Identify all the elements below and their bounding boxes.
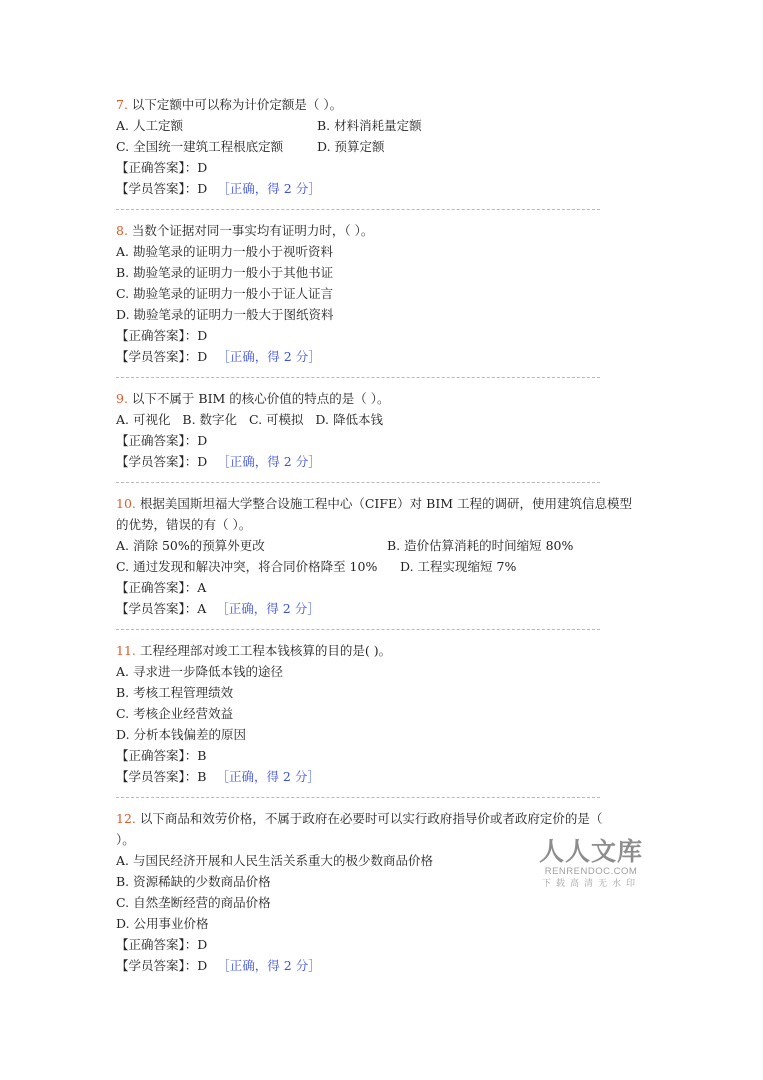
student-answer-row: 【学员答案】：D［正确，得 2 分］ — [116, 346, 656, 367]
correct-answer-value: D — [197, 433, 207, 448]
question-text: 以下不属于 BIM 的核心价值的特点的是（ ）。 — [128, 391, 390, 406]
correct-answer-row: 【正确答案】：A — [116, 577, 656, 598]
student-answer-label: 【学员答案】： — [116, 181, 197, 196]
question-stem: 7. 以下定额中可以称为计价定额是（ ）。 — [116, 94, 656, 115]
options-inline: A. 可视化 B. 数字化 C. 可模拟 D. 降低本钱 — [116, 409, 656, 430]
question-number: 12. — [116, 811, 136, 826]
student-answer-row: 【学员答案】：D［正确，得 2 分］ — [116, 955, 656, 976]
dashed-divider — [116, 787, 656, 808]
student-answer-label: 【学员答案】： — [116, 349, 197, 364]
dashed-divider — [116, 472, 656, 493]
result-badge: ［正确，得 2 分］ — [217, 454, 320, 469]
options-row: C. 全国统一建筑工程根底定额 D. 预算定额 — [116, 136, 656, 157]
question-8: 8. 当数个证据对同一事实均有证明力时，（ ）。 A. 勘验笔录的证明力一般小于… — [116, 220, 656, 388]
question-text: 工程经理部对竣工工程本钱核算的目的是( )。 — [136, 643, 391, 658]
question-stem-continued: 的优势，错误的有（ ）。 — [116, 514, 656, 535]
correct-answer-label: 【正确答案】： — [116, 580, 197, 595]
correct-answer-value: B — [197, 748, 206, 763]
result-badge: ［正确，得 2 分］ — [216, 769, 319, 784]
student-answer-value: D — [197, 349, 207, 364]
result-badge: ［正确，得 2 分］ — [217, 349, 320, 364]
correct-answer-row: 【正确答案】：D — [116, 430, 656, 451]
dashed-divider — [116, 619, 656, 640]
correct-answer-value: D — [197, 937, 207, 952]
dashed-divider — [116, 199, 656, 220]
student-answer-value: D — [197, 958, 207, 973]
options-row: A. 消除 50%的预算外更改 B. 造价估算消耗的时间缩短 80% — [116, 535, 656, 556]
student-answer-label: 【学员答案】： — [116, 601, 197, 616]
watermark-url: RENRENDOC.COM — [536, 866, 646, 878]
student-answer-value: D — [197, 454, 207, 469]
correct-answer-label: 【正确答案】： — [116, 160, 197, 175]
correct-answer-value: D — [197, 160, 207, 175]
options-row: C. 通过发现和解决冲突，将合同价格降至 10% D. 工程实现缩短 7% — [116, 556, 656, 577]
question-7: 7. 以下定额中可以称为计价定额是（ ）。 A. 人工定额 B. 材料消耗量定额… — [116, 94, 656, 220]
student-answer-label: 【学员答案】： — [116, 769, 197, 784]
question-stem: 8. 当数个证据对同一事实均有证明力时，（ ）。 — [116, 220, 656, 241]
correct-answer-row: 【正确答案】：D — [116, 157, 656, 178]
question-stem: 10. 根据美国斯坦福大学整合设施工程中心（CIFE）对 BIM 工程的调研，使… — [116, 493, 656, 514]
question-10: 10. 根据美国斯坦福大学整合设施工程中心（CIFE）对 BIM 工程的调研，使… — [116, 493, 656, 640]
student-answer-value: A — [197, 601, 206, 616]
option-b: B. 造价估算消耗的时间缩短 80% — [387, 535, 573, 556]
student-answer-row: 【学员答案】：D［正确，得 2 分］ — [116, 178, 656, 199]
question-stem: 12. 以下商品和效劳价格，不属于政府在必要时可以实行政府指导价或者政府定价的是… — [116, 808, 656, 829]
question-number: 11. — [116, 643, 136, 658]
student-answer-row: 【学员答案】：A［正确，得 2 分］ — [116, 598, 656, 619]
watermark: 人人文库 RENRENDOC.COM 下载高清无水印 — [536, 838, 646, 891]
question-9: 9. 以下不属于 BIM 的核心价值的特点的是（ ）。 A. 可视化 B. 数字… — [116, 388, 656, 493]
student-answer-label: 【学员答案】： — [116, 454, 197, 469]
watermark-logo: 人人文库 — [536, 838, 646, 866]
student-answer-value: B — [197, 769, 206, 784]
option-c: C. 考核企业经营效益 — [116, 703, 656, 724]
question-number: 10. — [116, 496, 136, 511]
question-text: 根据美国斯坦福大学整合设施工程中心（CIFE）对 BIM 工程的调研，使用建筑信… — [136, 496, 632, 511]
option-c: C. 自然垄断经营的商品价格 — [116, 892, 656, 913]
question-stem: 11. 工程经理部对竣工工程本钱核算的目的是( )。 — [116, 640, 656, 661]
option-c: C. 勘验笔录的证明力一般小于证人证言 — [116, 283, 656, 304]
student-answer-row: 【学员答案】：D［正确，得 2 分］ — [116, 451, 656, 472]
question-number: 7. — [116, 97, 128, 112]
watermark-subtitle: 下载高清无水印 — [536, 878, 646, 891]
question-number: 9. — [116, 391, 128, 406]
correct-answer-label: 【正确答案】： — [116, 328, 197, 343]
correct-answer-value: A — [197, 580, 206, 595]
result-badge: ［正确，得 2 分］ — [217, 958, 320, 973]
correct-answer-value: D — [197, 328, 207, 343]
correct-answer-row: 【正确答案】：D — [116, 934, 656, 955]
correct-answer-label: 【正确答案】： — [116, 433, 197, 448]
option-a: A. 勘验笔录的证明力一般小于视听资料 — [116, 241, 656, 262]
question-stem: 9. 以下不属于 BIM 的核心价值的特点的是（ ）。 — [116, 388, 656, 409]
question-number: 8. — [116, 223, 128, 238]
option-b: B. 勘验笔录的证明力一般小于其他书证 — [116, 262, 656, 283]
student-answer-row: 【学员答案】：B［正确，得 2 分］ — [116, 766, 656, 787]
student-answer-label: 【学员答案】： — [116, 958, 197, 973]
student-answer-value: D — [197, 181, 207, 196]
option-d: D. 公用事业价格 — [116, 913, 656, 934]
option-c: C. 全国统一建筑工程根底定额 — [116, 139, 283, 154]
option-d: D. 预算定额 — [317, 136, 385, 157]
option-c: C. 通过发现和解决冲突，将合同价格降至 10% — [116, 559, 377, 574]
option-a: A. 人工定额 — [116, 118, 183, 133]
options-row: A. 人工定额 B. 材料消耗量定额 — [116, 115, 656, 136]
option-a: A. 寻求进一步降低本钱的途径 — [116, 661, 656, 682]
option-d: D. 分析本钱偏差的原因 — [116, 724, 656, 745]
result-badge: ［正确，得 2 分］ — [216, 601, 319, 616]
option-b: B. 考核工程管理绩效 — [116, 682, 656, 703]
correct-answer-row: 【正确答案】：D — [116, 325, 656, 346]
result-badge: ［正确，得 2 分］ — [217, 181, 320, 196]
question-12: 12. 以下商品和效劳价格，不属于政府在必要时可以实行政府指导价或者政府定价的是… — [116, 808, 656, 976]
correct-answer-label: 【正确答案】： — [116, 937, 197, 952]
question-text: 当数个证据对同一事实均有证明力时，（ ）。 — [128, 223, 373, 238]
question-text: 以下定额中可以称为计价定额是（ ）。 — [128, 97, 342, 112]
option-d: D. 勘验笔录的证明力一般大于图纸资料 — [116, 304, 656, 325]
option-d: D. 工程实现缩短 7% — [400, 556, 516, 577]
correct-answer-label: 【正确答案】： — [116, 748, 197, 763]
question-text: 以下商品和效劳价格，不属于政府在必要时可以实行政府指导价或者政府定价的是（ — [136, 811, 602, 826]
question-11: 11. 工程经理部对竣工工程本钱核算的目的是( )。 A. 寻求进一步降低本钱的… — [116, 640, 656, 808]
option-a: A. 消除 50%的预算外更改 — [116, 538, 265, 553]
correct-answer-row: 【正确答案】：B — [116, 745, 656, 766]
option-b: B. 材料消耗量定额 — [317, 115, 422, 136]
dashed-divider — [116, 367, 656, 388]
